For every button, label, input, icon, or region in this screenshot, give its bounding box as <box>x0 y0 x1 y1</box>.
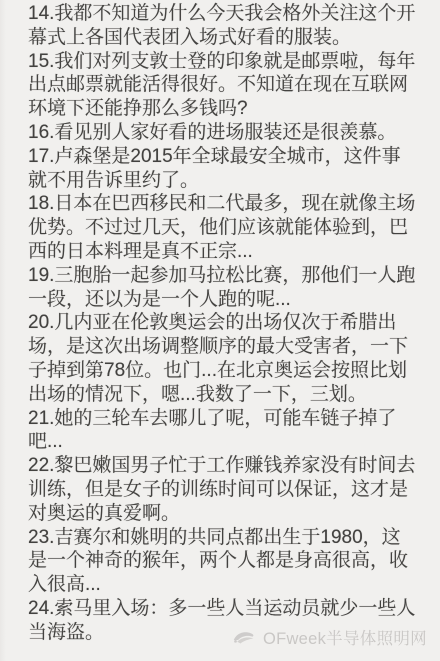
list-item-16: 16.看见别人家好看的进场服装还是很羡慕。 <box>28 121 418 145</box>
list-item-17: 17.卢森堡是2015年全球最安全城市，这件事就不用告诉里约了。 <box>28 145 418 193</box>
list-item-22: 22.黎巴嫩国男子忙于工作赚钱养家没有时间去训练，但是女子的训练时间可以保证，这… <box>28 454 418 525</box>
list-item-19: 19.三胞胎一起参加马拉松比赛，那他们一人跑一段，还以为是一个人跑的呢... <box>28 264 418 312</box>
list-item-18: 18.日本在巴西移民和二代最多，现在就像主场优势。不过过几天，他们应该就能体验到… <box>28 192 418 263</box>
watermark: OFweek半导体照明网 <box>231 625 427 649</box>
list-item-14: 14.我都不知道为什么今天我会格外关注这个开幕式上各国代表团入场式好看的服装。 <box>28 2 418 50</box>
ofweek-logo-icon <box>231 629 257 646</box>
watermark-text: OFweek半导体照明网 <box>263 625 427 649</box>
trivia-list: 14.我都不知道为什么今天我会格外关注这个开幕式上各国代表团入场式好看的服装。 … <box>28 2 418 645</box>
list-item-20: 20.几内亚在伦敦奥运会的出场仅次于希腊出场，是这次出场调整顺序的最大受害者，一… <box>28 311 418 406</box>
list-item-21: 21.她的三轮车去哪儿了呢，可能车链子掉了吧... <box>28 407 418 455</box>
list-item-15: 15.我们对列支敦士登的印象就是邮票啦，每年出点邮票就能活得很好。不知道在现在互… <box>28 50 418 121</box>
article-page: 14.我都不知道为什么今天我会格外关注这个开幕式上各国代表团入场式好看的服装。 … <box>0 0 440 661</box>
list-item-23: 23.吉赛尔和姚明的共同点都出生于1980，这是一个神奇的猴年，两个人都是身高很… <box>28 526 418 597</box>
